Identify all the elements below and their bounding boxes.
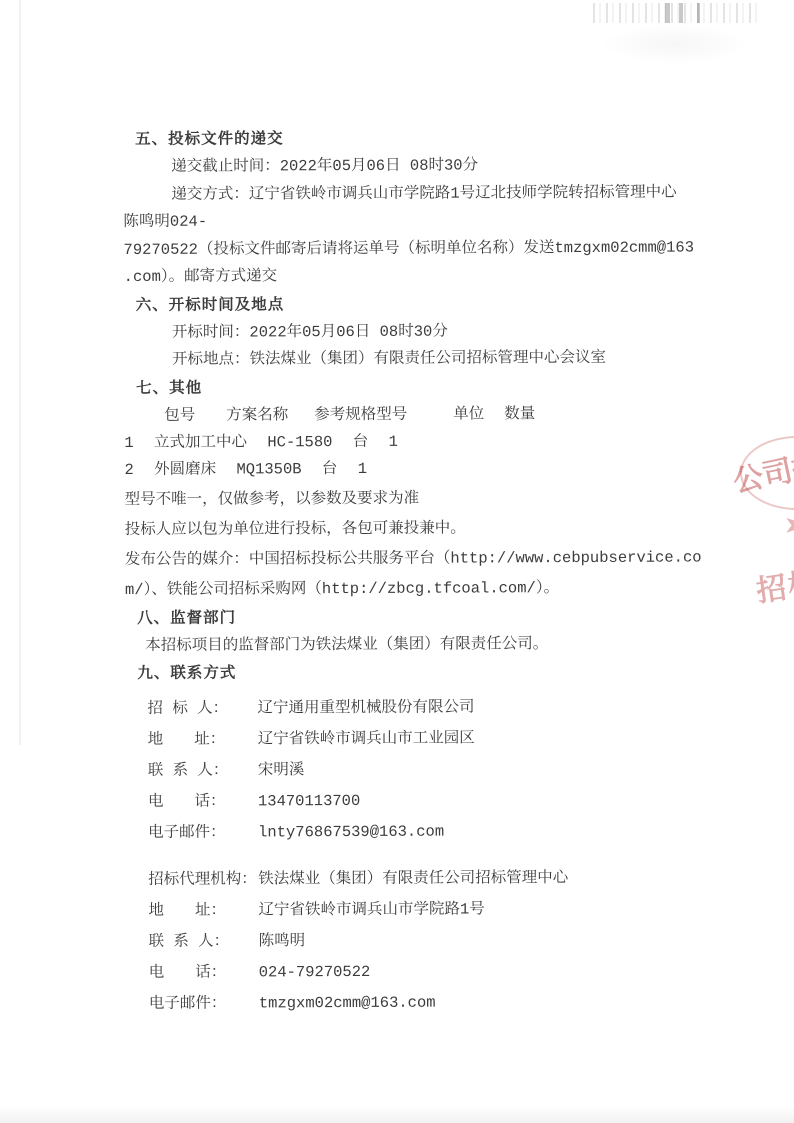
tenderer-email: lnty76867539@163.com <box>258 817 444 849</box>
section-7-heading: 七、其他 <box>124 372 704 403</box>
scanner-streak-bar <box>665 3 670 23</box>
section-8-heading: 八、监督部门 <box>125 602 705 633</box>
submission-email-line: .com）。邮寄方式递交 <box>124 261 704 291</box>
cell-plan-name: 立式加工中心 <box>154 433 247 451</box>
phone-label: 电 话： <box>148 786 258 817</box>
announcement-media-line-2: m/）、铁能公司招标采购网（http://zbcg.tfcoal.com/）。 <box>125 572 705 605</box>
agency-contact-block: 招标代理机构： 铁法煤业（集团）有限责任公司招标管理中心 地 址： 辽宁省铁岭市… <box>126 862 707 1020</box>
tenderer-phone-row: 电 话： 13470113700 <box>126 784 706 818</box>
red-seal-fragment-bottom: 招标 <box>753 558 794 611</box>
model-note-line: 型号不唯一，仅做参考，以参数及要求为准 <box>125 482 705 515</box>
cell-package-no: 2 <box>124 461 133 479</box>
tenderer-phone: 13470113700 <box>258 786 360 817</box>
tenderer-contact-block: 招 标 人： 辽宁通用重型机械股份有限公司 地 址： 辽宁省铁岭市调兵山市工业园… <box>125 691 706 849</box>
tenderer-name: 辽宁通用重型机械股份有限公司 <box>257 692 474 724</box>
cell-unit: 台 <box>322 460 338 478</box>
address-label: 地 址： <box>148 895 258 926</box>
agency-phone-row: 电 话： 024-79270522 <box>127 955 707 989</box>
agency-name: 铁法煤业（集团）有限责任公司招标管理中心 <box>258 863 568 895</box>
agency-address-row: 地 址： 辽宁省铁岭市调兵山市学院路1号 <box>126 893 706 927</box>
submission-phone-line: 79270522（投标文件邮寄后请将运单号（标明单位名称）发送tmzgxm02c… <box>123 234 703 264</box>
scanner-streak-bar <box>679 3 683 23</box>
tenderer-address: 辽宁省铁岭市调兵山市工业园区 <box>258 723 475 755</box>
supervision-dept-line: 本招标项目的监督部门为铁法煤业（集团）有限责任公司。 <box>125 630 705 660</box>
cell-spec-model: MQ1350B <box>236 460 301 478</box>
section-9-heading: 九、联系方式 <box>125 657 705 688</box>
address-label: 地 址： <box>148 724 258 755</box>
contact-person-label: 联 系 人： <box>148 926 258 957</box>
scan-edge-line <box>19 0 21 745</box>
agency-contact-person: 陈鸣明 <box>258 926 305 957</box>
col-spec-model: 参考规格型号 <box>314 401 453 429</box>
agency-label: 招标代理机构： <box>148 864 258 895</box>
email-label: 电子邮件： <box>149 988 259 1019</box>
col-unit: 单位 <box>453 401 504 428</box>
section-6-heading: 六、开标时间及地点 <box>124 289 704 320</box>
agency-name-row: 招标代理机构： 铁法煤业（集团）有限责任公司招标管理中心 <box>126 862 706 896</box>
agency-phone: 024-79270522 <box>259 957 371 988</box>
scan-bottom-shade <box>0 1105 794 1123</box>
col-package-no: 包号 <box>164 402 226 429</box>
tenderer-email-row: 电子邮件： lnty76867539@163.com <box>126 815 706 849</box>
cell-spec-model: HC-1580 <box>267 433 332 451</box>
agency-contact-person-row: 联 系 人： 陈鸣明 <box>126 924 706 958</box>
cell-package-no: 1 <box>124 433 133 451</box>
contact-person-label: 联 系 人： <box>148 755 258 786</box>
cell-plan-name: 外圆磨床 <box>154 461 216 479</box>
email-label: 电子邮件： <box>148 817 258 848</box>
section-5-heading: 五、投标文件的递交 <box>123 123 703 154</box>
submission-method-line: 递交方式：辽宁省铁岭市调兵山市学院路1号辽北技师学院转招标管理中心 <box>123 179 703 209</box>
col-quantity: 数量 <box>504 401 535 428</box>
bidding-rule-line: 投标人应以包为单位进行投标，各包可兼投兼中。 <box>125 512 705 545</box>
announcement-media-line-1: 发布公告的媒介：中国招标投标公共服务平台（http://www.cebpubse… <box>125 542 705 575</box>
cell-quantity: 1 <box>358 460 367 478</box>
document-body: 五、投标文件的递交 递交截止时间：2022年05月06日 08时30分 递交方式… <box>123 123 707 1020</box>
table-row: 1 立式加工中心 HC-1580 台 1 <box>124 427 704 457</box>
bid-opening-time-line: 开标时间：2022年05月06日 08时30分 <box>124 317 704 347</box>
package-table-header: 包号 方案名称 参考规格型号 单位 数量 <box>124 400 704 430</box>
tenderer-name-row: 招 标 人： 辽宁通用重型机械股份有限公司 <box>125 691 705 725</box>
agency-address: 辽宁省铁岭市调兵山市学院路1号 <box>258 894 484 926</box>
submission-contact-line: 陈鸣明024- <box>123 206 703 236</box>
phone-label: 电 话： <box>149 957 259 988</box>
cell-unit: 台 <box>353 432 369 450</box>
table-row: 2 外圆磨床 MQ1350B 台 1 <box>124 454 704 484</box>
tenderer-label: 招 标 人： <box>147 693 257 724</box>
scanner-streaks-artifact <box>593 3 758 23</box>
tenderer-address-row: 地 址： 辽宁省铁岭市调兵山市工业园区 <box>126 722 706 756</box>
scanner-streak-bar <box>697 3 700 23</box>
red-seal-arc <box>740 436 794 510</box>
scan-smudge-artifact <box>600 24 750 64</box>
agency-email: tmzgxm02cmm@163.com <box>259 988 436 1020</box>
submission-deadline-line: 递交截止时间：2022年05月06日 08时30分 <box>123 151 703 181</box>
tenderer-contact-person-row: 联 系 人： 宋明溪 <box>126 753 706 787</box>
agency-email-row: 电子邮件： tmzgxm02cmm@163.com <box>127 986 707 1020</box>
tenderer-contact-person: 宋明溪 <box>258 755 305 786</box>
col-plan-name: 方案名称 <box>226 402 314 429</box>
bid-opening-place-line: 开标地点：铁法煤业（集团）有限责任公司招标管理中心会议室 <box>124 344 704 374</box>
cell-quantity: 1 <box>389 432 398 450</box>
